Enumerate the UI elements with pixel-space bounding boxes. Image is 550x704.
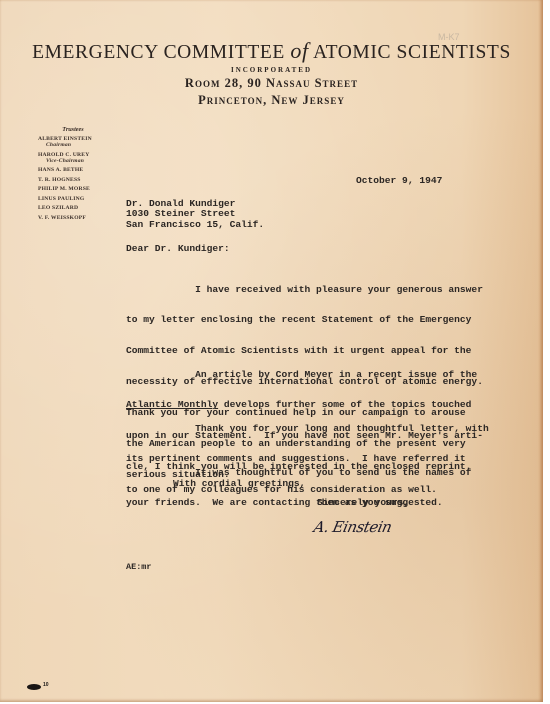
trustee-name: LINUS PAULING <box>38 196 84 202</box>
letter-page: EMERGENCY COMMITTEE of ATOMIC SCIENTISTS… <box>0 0 543 702</box>
trustee-role: Chairman <box>38 142 118 148</box>
complimentary-close: Sincerely yours, <box>317 498 409 508</box>
recipient-address: Dr. Donald Kundiger1030 Steiner StreetSa… <box>126 199 264 230</box>
trustee-name: T. R. HOGNESS <box>38 177 81 183</box>
recipient-city: San Francisco 15, Calif. <box>126 220 264 230</box>
title-of: of <box>290 38 308 63</box>
text-line: I have received with pleasure your gener… <box>126 285 483 295</box>
trustee-item: PHILIP M. MORSE <box>38 186 118 192</box>
trustee-name: LEO SZILARD <box>38 205 78 211</box>
signature: A. Einstein <box>312 518 393 536</box>
trustee-item: ALBERT EINSTEINChairman <box>38 136 118 148</box>
typist-initials: AE:mr <box>126 562 152 572</box>
trustees-heading: Trustees <box>38 126 108 133</box>
trustee-item: LINUS PAULING <box>38 196 118 202</box>
closing-greeting: With cordial greetings, <box>173 479 305 489</box>
trustee-item: V. F. WEISSKOPF <box>38 215 118 221</box>
text-line: It was thoughtful of you to send us the … <box>126 468 471 478</box>
letterhead-address: Room 28, 90 Nassau Street <box>0 76 543 91</box>
trustee-name: HAROLD C. UREY <box>38 152 89 158</box>
trustee-name: V. F. WEISSKOPF <box>38 215 86 221</box>
title-part: ATOMIC SCIENTISTS <box>309 42 511 63</box>
text-line: Thank you for your long and thoughtful l… <box>126 424 489 434</box>
trustee-name: PHILIP M. MORSE <box>38 186 90 192</box>
union-label-icon <box>27 684 41 690</box>
title-part: EMERGENCY COMMITTEE <box>32 42 290 63</box>
salutation: Dear Dr. Kundiger: <box>126 244 230 254</box>
pencil-annotation: M-K7 <box>438 32 460 42</box>
text-line: to my letter enclosing the recent Statem… <box>126 315 483 325</box>
text-line: An article by Cord Meyer in a recent iss… <box>126 370 483 380</box>
trustee-name: HANS A. BETHE <box>38 167 83 173</box>
letterhead-incorporated: INCORPORATED <box>0 66 543 74</box>
trustees-list: Trustees ALBERT EINSTEINChairmanHAROLD C… <box>38 126 118 224</box>
letterhead-city: Princeton, New Jersey <box>0 93 543 108</box>
trustee-item: T. R. HOGNESS <box>38 177 118 183</box>
trustee-role: Vice-Chairman <box>38 158 118 164</box>
trustee-item: HAROLD C. UREYVice-Chairman <box>38 152 118 164</box>
letter-date: October 9, 1947 <box>356 176 442 186</box>
trustee-item: HANS A. BETHE <box>38 167 118 173</box>
union-label-number: 10 <box>43 682 49 688</box>
trustee-item: LEO SZILARD <box>38 205 118 211</box>
text-line: your friends. We are contacting them as … <box>126 498 471 508</box>
letterhead-title: EMERGENCY COMMITTEE of ATOMIC SCIENTISTS <box>0 38 543 64</box>
